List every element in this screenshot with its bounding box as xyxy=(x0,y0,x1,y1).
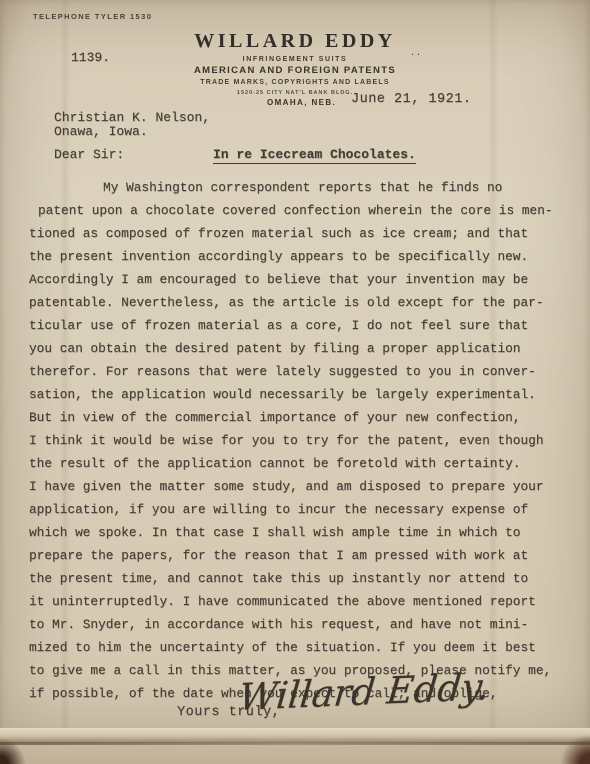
letterhead-name: WILLARD EDDY xyxy=(145,30,445,53)
body-line: My Washington correspondent reports that… xyxy=(29,176,574,199)
letter-date: June 21, 1921. xyxy=(351,92,471,107)
letter-photograph: TELEPHONE TYLER 1530 WILLARD EDDY INFRIN… xyxy=(0,0,590,764)
stray-ink-marks: .. xyxy=(411,46,423,58)
body-line: I think it would be wise for you to try … xyxy=(29,429,574,452)
recipient-name: Christian K. Nelson, xyxy=(54,111,210,125)
letter-body: My Washington correspondent reports that… xyxy=(29,176,574,705)
body-line: patentable. Nevertheless, as the article… xyxy=(29,291,574,314)
body-line: the result of the application cannot be … xyxy=(29,452,574,475)
letterhead-city: OMAHA, NEB. xyxy=(267,98,336,107)
body-line: I have given the matter some study, and … xyxy=(29,475,574,498)
body-line: to Mr. Snyder, in accordance with his re… xyxy=(29,613,574,636)
subject-line: In re Icecream Chocolates. xyxy=(213,147,416,164)
telephone-line: TELEPHONE TYLER 1530 xyxy=(33,12,152,21)
body-line: the present invention accordingly appear… xyxy=(29,245,574,268)
body-line: patent upon a chocolate covered confecti… xyxy=(29,199,574,222)
body-line: But in view of the commercial importance… xyxy=(29,406,574,429)
salutation: Dear Sir: xyxy=(54,147,124,162)
body-line: it uninterruptedly. I have communicated … xyxy=(29,590,574,613)
body-line: which we spoke. In that case I shall wis… xyxy=(29,521,574,544)
body-line: you can obtain the desired patent by fil… xyxy=(29,337,574,360)
body-line: prepare the papers, for the reason that … xyxy=(29,544,574,567)
body-line: application, if you are willing to incur… xyxy=(29,498,574,521)
body-line: sation, the application would necessaril… xyxy=(29,383,574,406)
letterhead: WILLARD EDDY INFRINGEMENT SUITS AMERICAN… xyxy=(145,30,445,96)
file-number: 1139. xyxy=(71,50,110,65)
letterhead-subline-trademarks: TRADE MARKS, COPYRIGHTS AND LABELS xyxy=(145,79,445,86)
recipient-address: Onawa, Iowa. xyxy=(54,125,210,139)
fold-shadow xyxy=(0,742,590,745)
bottom-fold xyxy=(0,728,590,764)
body-line: mized to him the uncertainty of the situ… xyxy=(29,636,574,659)
body-line: the present time, and cannot take this u… xyxy=(29,567,574,590)
letterhead-subline-patents: AMERICAN AND FOREIGN PATENTS xyxy=(145,65,445,76)
body-line: therefor. For reasons that were lately s… xyxy=(29,360,574,383)
recipient-block: Christian K. Nelson, Onawa, Iowa. xyxy=(54,111,210,139)
letterhead-subline-infringement: INFRINGEMENT SUITS xyxy=(145,56,445,63)
body-line: ticular use of frozen material as a core… xyxy=(29,314,574,337)
body-line: tioned as composed of frozen material su… xyxy=(29,222,574,245)
body-line: Accordingly I am encouraged to believe t… xyxy=(29,268,574,291)
